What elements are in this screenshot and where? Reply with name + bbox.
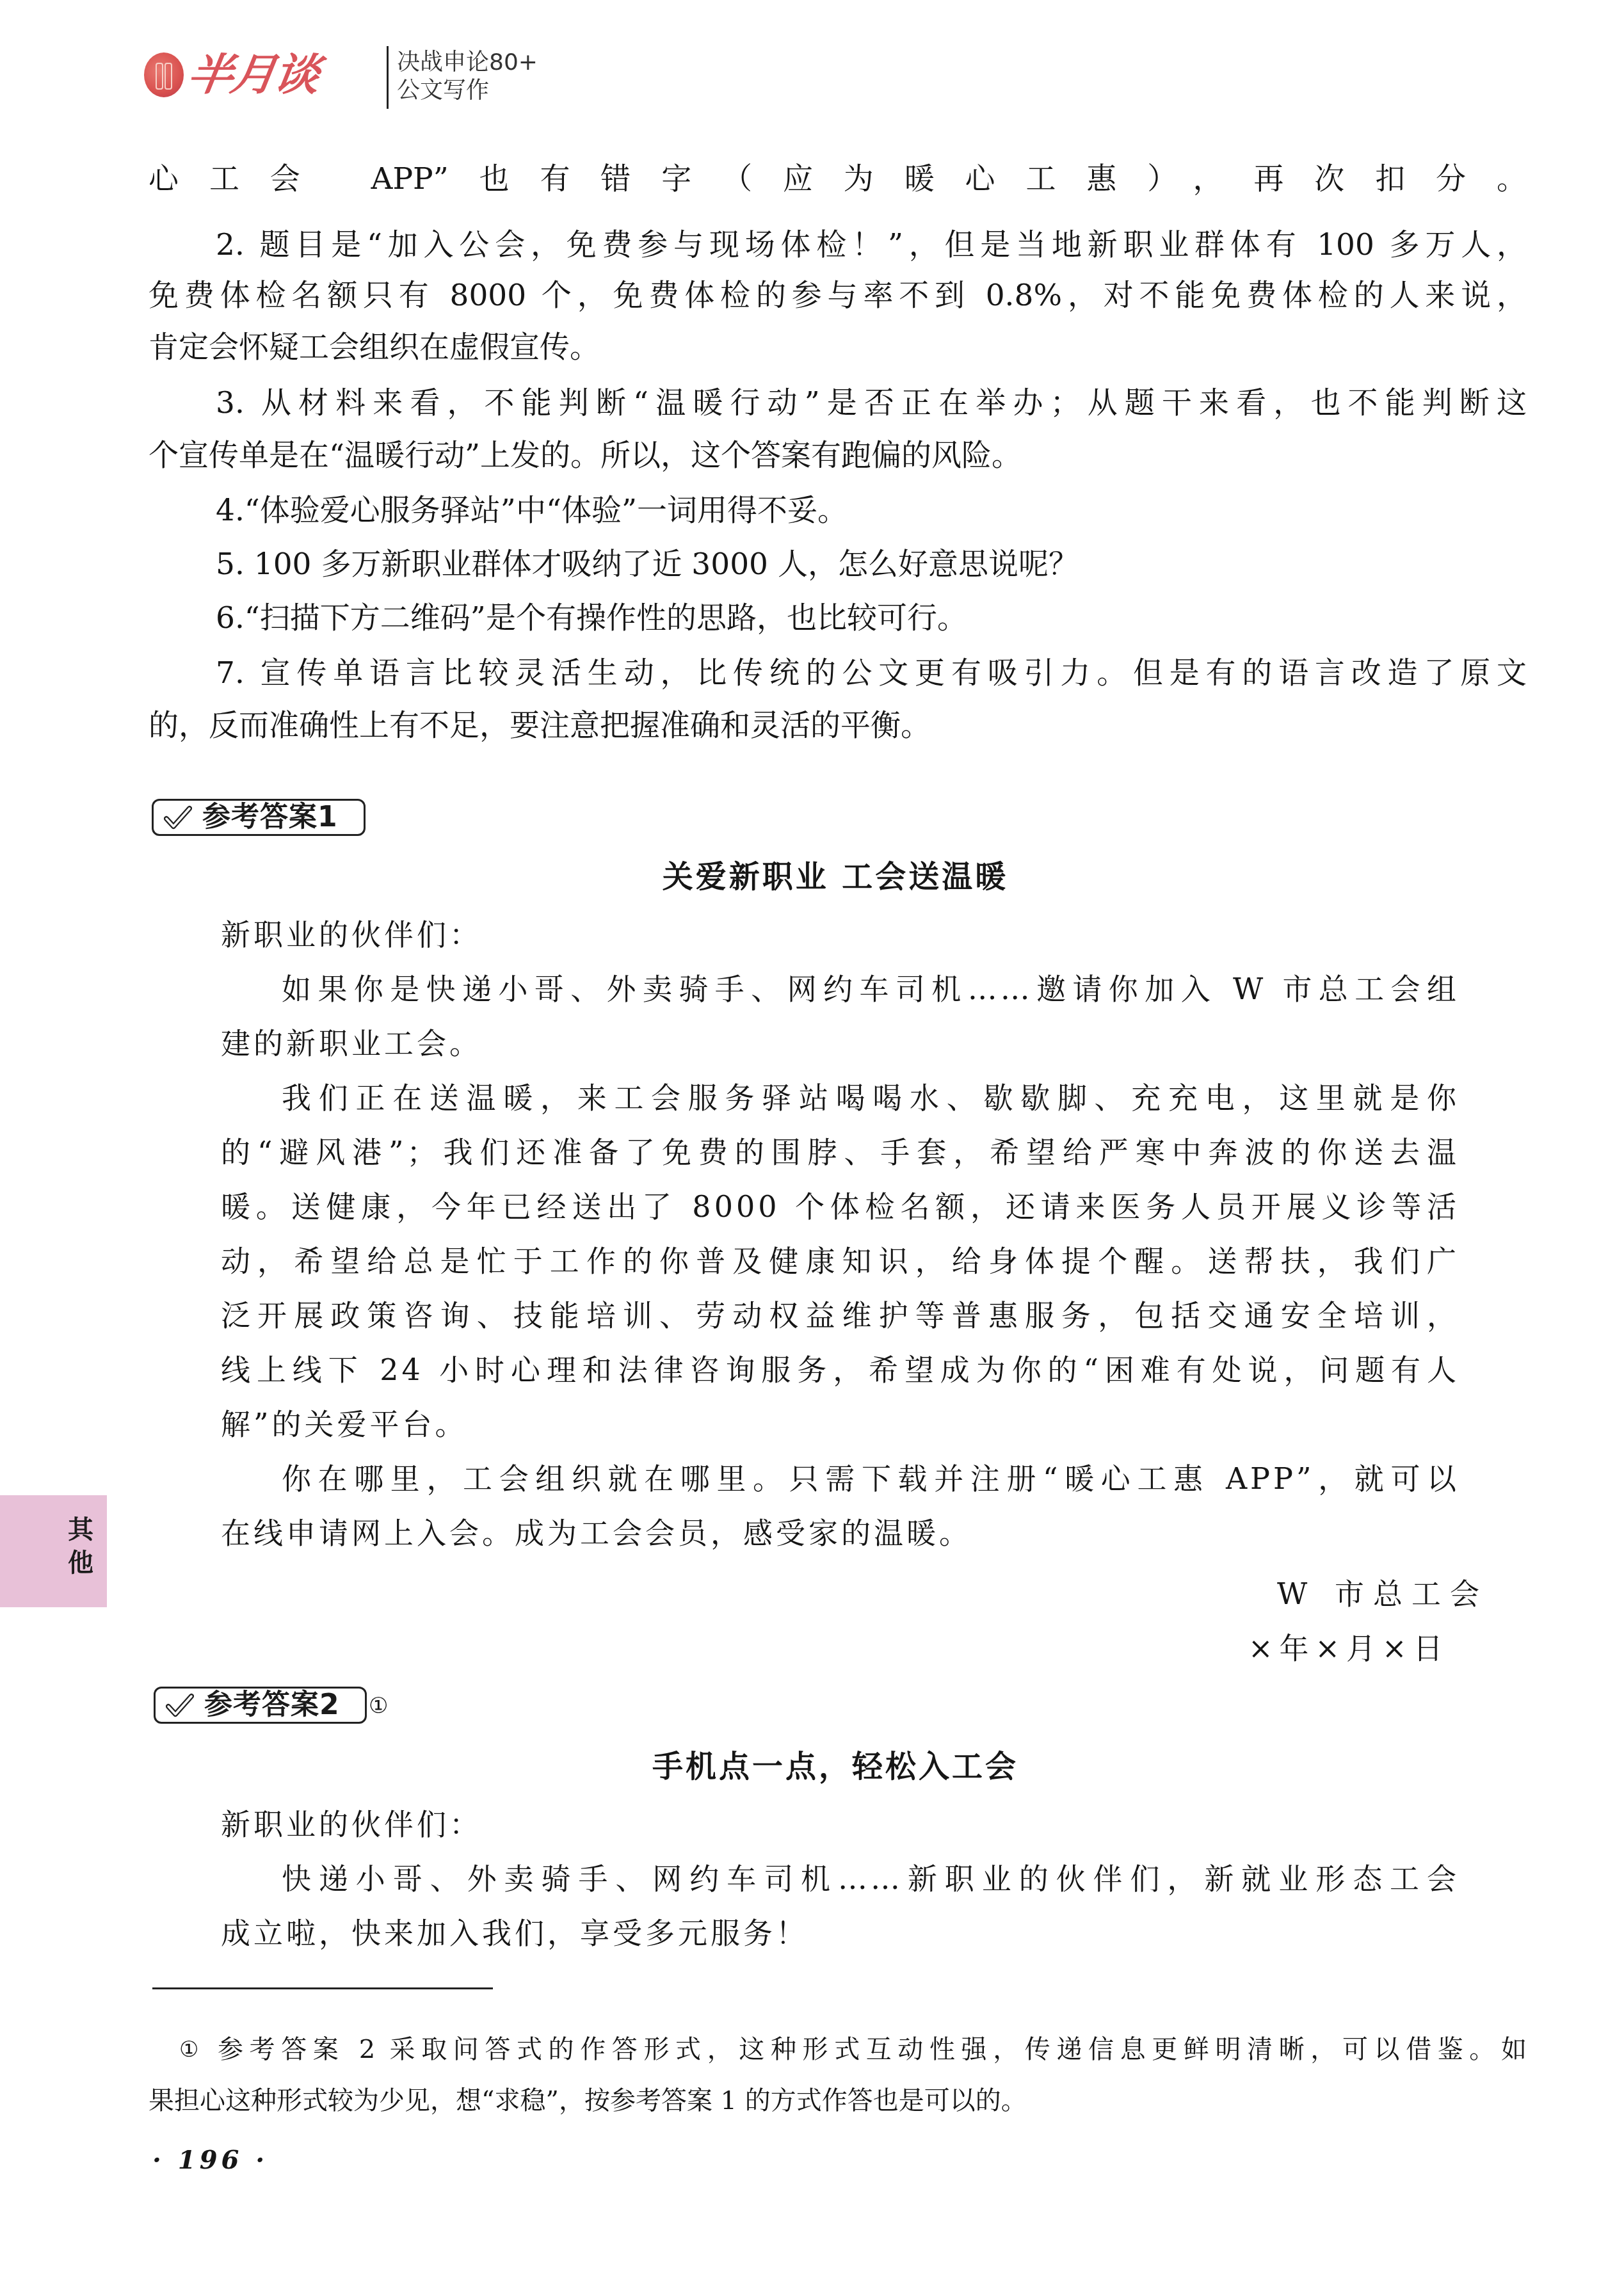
critique-line: 个宣传单是在“温暖行动”上发的。所以，这个答案有跑偏的风险。 [149, 437, 1527, 475]
letter-line: 我们正在送温暖，来工会服务驿站喝喝水、歇歇脚、充充电，这里就是你 [282, 1079, 1459, 1117]
letter-line: 快递小哥、外卖骑手、网约车司机……新职业的伙伴们，新就业形态工会 [282, 1859, 1459, 1898]
critique-line: 5. 100 多万新职业群体才吸纳了近 3000 人，怎么好意思说呢？ [216, 545, 1527, 584]
footnote-line: 参考答案 2 采取问答式的作答形式，这种形式互动性强，传递信息更鲜明清晰，可以借… [218, 2034, 1527, 2066]
critique-line: 免费体检名额只有 8000 个，免费体检的参与率不到 0.8%，对不能免费体检的… [149, 277, 1527, 315]
answer-2-salutation: 新职业的伙伴们： [221, 1805, 1459, 1843]
answer-2-title: 手机点一点，轻松入工会 [0, 1747, 1624, 1786]
critique-line: 3. 从材料来看，不能判断“温暖行动”是否正在举办；从题干来看，也不能判断这 [216, 384, 1527, 422]
critique-line: 7. 宣传单语言比较灵活生动，比传统的公文更有吸引力。但是有的语言改造了原文 [216, 654, 1527, 693]
letter-line: 成立啦，快来加入我们，享受多元服务！ [221, 1914, 1459, 1952]
answer-2-badge-label: 参考答案2 [204, 1687, 340, 1724]
letter-line: 如果你是快递小哥、外卖骑手、网约车司机……邀请你加入 W 市总工会组 [282, 970, 1459, 1008]
critique-line: 心工会 APP”也有错字（应为暖心工惠），再次扣分。 [149, 160, 1527, 198]
letter-line: 在线申请网上入会。成为工会会员，感受家的温暖。 [221, 1514, 1459, 1552]
book-title: 公文写作 [397, 78, 489, 104]
letter-line: 的“避风港”；我们还准备了免费的围脖、手套，希望给严寒中奔波的你送去温 [221, 1133, 1459, 1171]
answer-1-badge-label: 参考答案1 [202, 799, 338, 836]
answer-1-date: ×年×月×日 [1248, 1629, 1449, 1667]
letter-line: 解”的关爱平台。 [221, 1405, 1459, 1443]
answer-1-title: 关爱新职业 工会送温暖 [0, 858, 1624, 896]
side-tab-label-line2: 他 [68, 1546, 93, 1580]
answer-1-salutation: 新职业的伙伴们： [221, 915, 1459, 954]
footnote-mark: ① [179, 2037, 198, 2062]
answer-2-badge: 参考答案2 [154, 1687, 367, 1724]
logo-icon [144, 52, 184, 97]
critique-line: 2. 题目是“加入公会，免费参与现场体检！”，但是当地新职业群体有 100 多万… [216, 226, 1527, 264]
answer-1-badge: 参考答案1 [152, 799, 366, 836]
critique-line: 的，反而准确性上有不足，要注意把握准确和灵活的平衡。 [149, 707, 1527, 745]
critique-line: 肯定会怀疑工会组织在虚假宣传。 [149, 328, 1527, 367]
check-icon [166, 1692, 194, 1718]
side-tab-label-line1: 其 [68, 1513, 93, 1546]
letter-line: 你在哪里，工会组织就在哪里。只需下载并注册“暖心工惠 APP”，就可以 [282, 1459, 1459, 1498]
side-tab-label: 其 他 [68, 1513, 93, 1580]
critique-line: 4.“体验爱心服务驿站”中“体验”一词用得不妥。 [216, 492, 1527, 530]
letter-line: 泛开展政策咨询、技能培训、劳动权益维护等普惠服务，包括交通安全培训， [221, 1296, 1459, 1335]
page-number: · 196 · [152, 2144, 268, 2176]
answer-1-signature: W 市总工会 [1277, 1575, 1488, 1613]
check-icon [164, 805, 192, 830]
letter-line: 动，希望给总是忙于工作的你普及健康知识，给身体提个醒。送帮扶，我们广 [221, 1242, 1459, 1280]
letter-line: 线上线下 24 小时心理和法律咨询服务，希望成为你的“困难有处说，问题有人 [221, 1351, 1459, 1389]
header-divider [387, 46, 389, 109]
side-tab-other: 其 他 [0, 1495, 107, 1607]
letter-line: 暖。送健康，今年已经送出了 8000 个体检名额，还请来医务人员开展义诊等活 [221, 1187, 1459, 1226]
footnote-line: 果担心这种形式较为少见，想“求稳”，按参考答案 1 的方式作答也是可以的。 [149, 2085, 1527, 2117]
series-title: 决战申论80+ [397, 50, 538, 76]
critique-line: 6.“扫描下方二维码”是个有操作性的思路，也比较可行。 [216, 599, 1527, 638]
logo-text: 半月谈 [184, 50, 321, 101]
letter-line: 建的新职业工会。 [221, 1024, 1459, 1063]
footnote-reference[interactable]: ① [369, 1693, 388, 1719]
footnote-rule [152, 1987, 493, 1989]
